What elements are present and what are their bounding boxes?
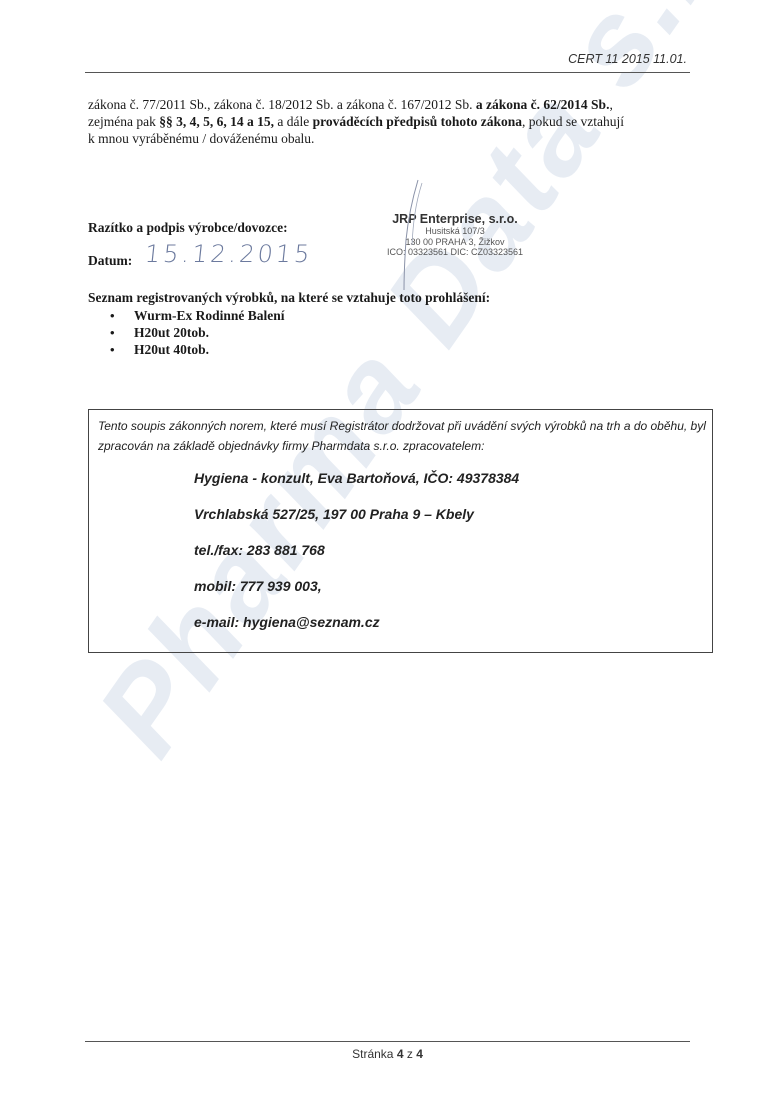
- intro-paragraph: zákona č. 77/2011 Sb., zákona č. 18/2012…: [88, 96, 698, 147]
- page-prefix: Stránka: [352, 1047, 397, 1061]
- intro-bold: §§ 3, 4, 5, 6, 14 a 15,: [159, 114, 274, 129]
- stamp-label: Razítko a podpis výrobce/dovozce:: [88, 220, 288, 236]
- info-lead: Tento soupis zákonných norem, které musí…: [98, 416, 706, 456]
- list-item: H20ut 40tob.: [110, 341, 285, 358]
- intro-text: zákona č. 77/2011 Sb., zákona č. 18/2012…: [88, 97, 476, 112]
- list-item: H20ut 20tob.: [110, 324, 285, 341]
- header-divider: [85, 72, 690, 73]
- products-list: Wurm-Ex Rodinné Balení H20ut 20tob. H20u…: [110, 307, 285, 358]
- date-label: Datum:: [88, 253, 132, 269]
- handwritten-date: 15.12.2015: [144, 240, 314, 268]
- intro-text: a dále: [274, 114, 313, 129]
- intro-text: ,: [609, 97, 612, 112]
- contact-name: Hygiena - konzult, Eva Bartoňová, IČO: 4…: [194, 470, 519, 486]
- intro-bold: prováděcích předpisů tohoto zákona: [313, 114, 522, 129]
- processor-info-box: Tento soupis zákonných norem, které musí…: [88, 409, 713, 653]
- intro-text: , pokud se vztahují: [522, 114, 624, 129]
- intro-text: zejména pak: [88, 114, 159, 129]
- page-number: Stránka 4 z 4: [0, 1047, 775, 1061]
- signature-icon: [360, 175, 460, 295]
- contact-mobile: mobil: 777 939 003,: [194, 578, 322, 594]
- list-item: Wurm-Ex Rodinné Balení: [110, 307, 285, 324]
- intro-text: k mnou vyráběnému / dováženému obalu.: [88, 131, 314, 146]
- intro-bold: a zákona č. 62/2014 Sb.: [476, 97, 610, 112]
- contact-email: e-mail: hygiena@seznam.cz: [194, 614, 380, 630]
- page-total: 4: [416, 1047, 423, 1061]
- page-separator: z: [404, 1047, 417, 1061]
- document-code: CERT 11 2015 11.01.: [568, 52, 687, 66]
- footer-divider: [85, 1041, 690, 1042]
- contact-address: Vrchlabská 527/25, 197 00 Praha 9 – Kbel…: [194, 506, 474, 522]
- contact-phone: tel./fax: 283 881 768: [194, 542, 325, 558]
- page-current: 4: [397, 1047, 404, 1061]
